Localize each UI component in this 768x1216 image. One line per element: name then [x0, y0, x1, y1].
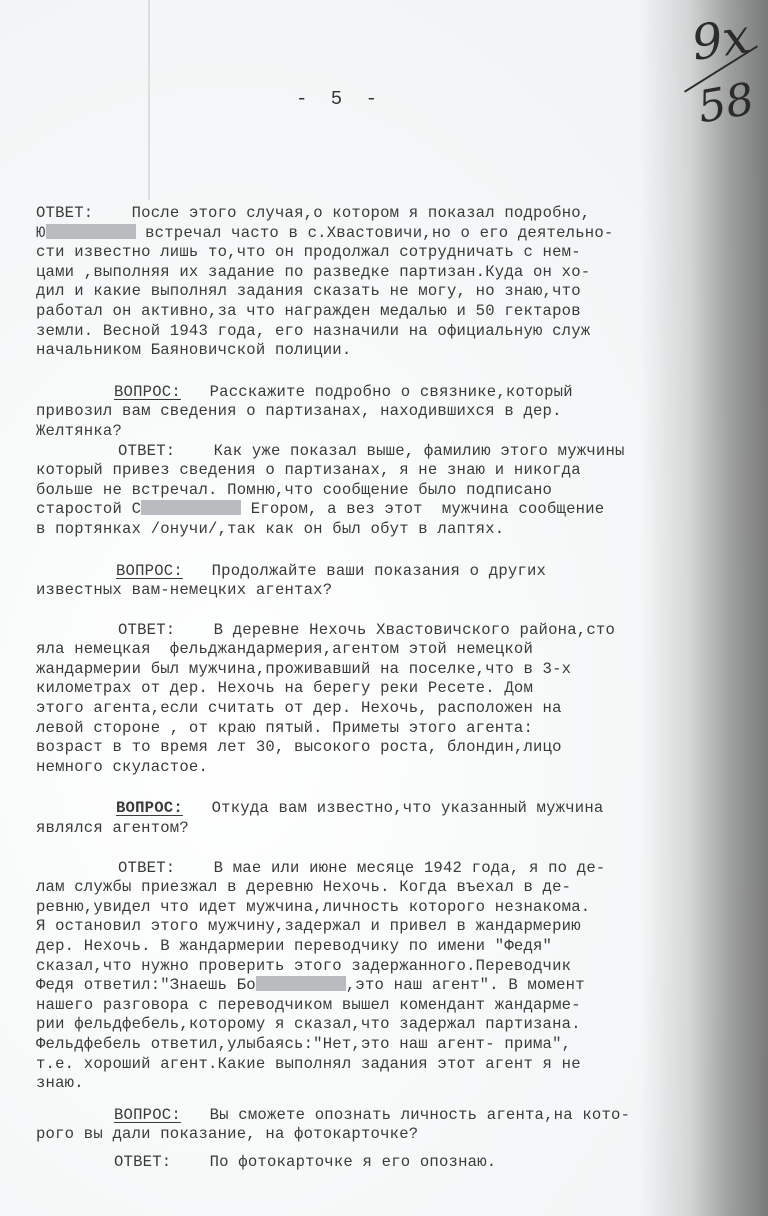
- paper-fold-line: [148, 0, 150, 200]
- text-line: в портянках /онучи/,так как он был обут …: [36, 520, 766, 540]
- text-line: ОТВЕТ: Как уже показал выше, фамилию это…: [36, 442, 766, 462]
- answer-paragraph: ОТВЕТ: Как уже показал выше, фамилию это…: [36, 442, 766, 540]
- text-line: земли. Весной 1943 года, его назначили н…: [36, 322, 766, 342]
- text-line: ВОПРОС: Вы сможете опознать личность аге…: [36, 1106, 766, 1126]
- text-line: Фельдфебель ответил,улыбаясь:"Нет,это на…: [36, 1035, 766, 1055]
- text-line: знаю.: [36, 1074, 766, 1094]
- archive-mark-top: 9x: [688, 8, 753, 71]
- text-line: Федя ответил:"Знаешь Бо,это наш агент". …: [36, 976, 766, 996]
- question-label: ВОПРОС:: [116, 562, 183, 580]
- text-line: ВОПРОС: Расскажите подробно о связнике,к…: [36, 383, 766, 403]
- text-line: дер. Нехочь. В жандармерии переводчику п…: [36, 937, 766, 957]
- text-line: Ю встречал часто в с.Хвастовичи,но о его…: [36, 224, 766, 244]
- archive-mark-bottom: 58: [694, 74, 758, 134]
- answer-label: ОТВЕТ:: [118, 621, 175, 639]
- answer-label: ОТВЕТ:: [114, 1153, 171, 1171]
- answer-label: ОТВЕТ:: [36, 204, 93, 222]
- answer-paragraph: ОТВЕТ: В мае или июне месяце 1942 года, …: [36, 859, 766, 1094]
- question-paragraph: ВОПРОС: Откуда вам известно,что указанны…: [36, 799, 766, 838]
- answer-paragraph: ОТВЕТ: В деревне Нехочь Хвастовичского р…: [36, 621, 766, 778]
- text-line: жандармерии был мужчина,проживавший на п…: [36, 660, 766, 680]
- redacted-name: [256, 976, 346, 991]
- text-line: ОТВЕТ: В деревне Нехочь Хвастовичского р…: [36, 621, 766, 641]
- text-line: лам службы приезжал в деревню Нехочь. Ко…: [36, 878, 766, 898]
- text-line: километрах от дер. Нехочь на берегу реки…: [36, 679, 766, 699]
- question-paragraph: ВОПРОС: Продолжайте ваши показания о дру…: [36, 562, 766, 601]
- question-label: ВОПРОС:: [116, 799, 183, 817]
- text-line: известных вам-немецких агентах?: [36, 581, 766, 601]
- text-line: ВОПРОС: Откуда вам известно,что указанны…: [36, 799, 766, 819]
- text-line: ОТВЕТ: После этого случая,о котором я по…: [36, 204, 766, 224]
- text-line: рии фельдфебель,которому я сказал,что за…: [36, 1015, 766, 1035]
- question-paragraph: ВОПРОС: Вы сможете опознать личность аге…: [36, 1106, 766, 1145]
- text-line: т.е. хороший агент.Какие выполнял задани…: [36, 1055, 766, 1075]
- text-line: левой стороне , от краю пятый. Приметы э…: [36, 719, 766, 739]
- redacted-name: [141, 500, 241, 515]
- text-line: старостой С Егором, а вез этот мужчина с…: [36, 500, 766, 520]
- text-line: этого агента,если считать от дер. Нехочь…: [36, 699, 766, 719]
- text-line: больше не встречал. Помню,что сообщение …: [36, 481, 766, 501]
- text-line: яла немецкая фельджандармерия,агентом эт…: [36, 640, 766, 660]
- question-label: ВОПРОС:: [114, 1106, 181, 1124]
- text-line: сказал,что нужно проверить этого задержа…: [36, 957, 766, 977]
- text-line: являлся агентом?: [36, 819, 766, 839]
- question-label: ВОПРОС:: [114, 383, 181, 401]
- text-line: нашего разговора с переводчиком вышел ко…: [36, 996, 766, 1016]
- archive-handwritten-mark: 9x 58: [684, 6, 754, 146]
- text-line: ВОПРОС: Продолжайте ваши показания о дру…: [36, 562, 766, 582]
- text-line: Желтянка?: [36, 422, 766, 442]
- text-line: возраст в то время лет 30, высокого рост…: [36, 738, 766, 758]
- text-line: работал он активно,за что награжден меда…: [36, 302, 766, 322]
- answer-paragraph: ОТВЕТ: По фотокарточке я его опознаю.: [36, 1153, 766, 1173]
- text-line: ОТВЕТ: По фотокарточке я его опознаю.: [36, 1153, 766, 1173]
- text-line: ревню,увидел что идет мужчина,личность к…: [36, 898, 766, 918]
- text-line: рого вы дали показание, на фотокарточке?: [36, 1125, 766, 1145]
- interrogation-transcript: ОТВЕТ: После этого случая,о котором я по…: [36, 204, 766, 1173]
- text-line: привозил вам сведения о партизанах, нахо…: [36, 402, 766, 422]
- page-number: - 5 -: [296, 88, 383, 110]
- answer-label: ОТВЕТ:: [118, 859, 175, 877]
- text-line: сти известно лишь то,что он продолжал со…: [36, 243, 766, 263]
- text-line: Я остановил этого мужчину,задержал и при…: [36, 917, 766, 937]
- text-line: цами ,выполняя их задание по разведке па…: [36, 263, 766, 283]
- answer-paragraph: ОТВЕТ: После этого случая,о котором я по…: [36, 204, 766, 361]
- question-paragraph: ВОПРОС: Расскажите подробно о связнике,к…: [36, 383, 766, 442]
- text-line: ОТВЕТ: В мае или июне месяце 1942 года, …: [36, 859, 766, 879]
- redacted-name: [46, 224, 136, 239]
- text-line: дил и какие выполнял задания сказать не …: [36, 282, 766, 302]
- answer-label: ОТВЕТ:: [118, 442, 175, 460]
- text-line: немного скуластое.: [36, 758, 766, 778]
- text-line: который привез сведения о партизанах, я …: [36, 461, 766, 481]
- text-line: начальником Баяновичской полиции.: [36, 341, 766, 361]
